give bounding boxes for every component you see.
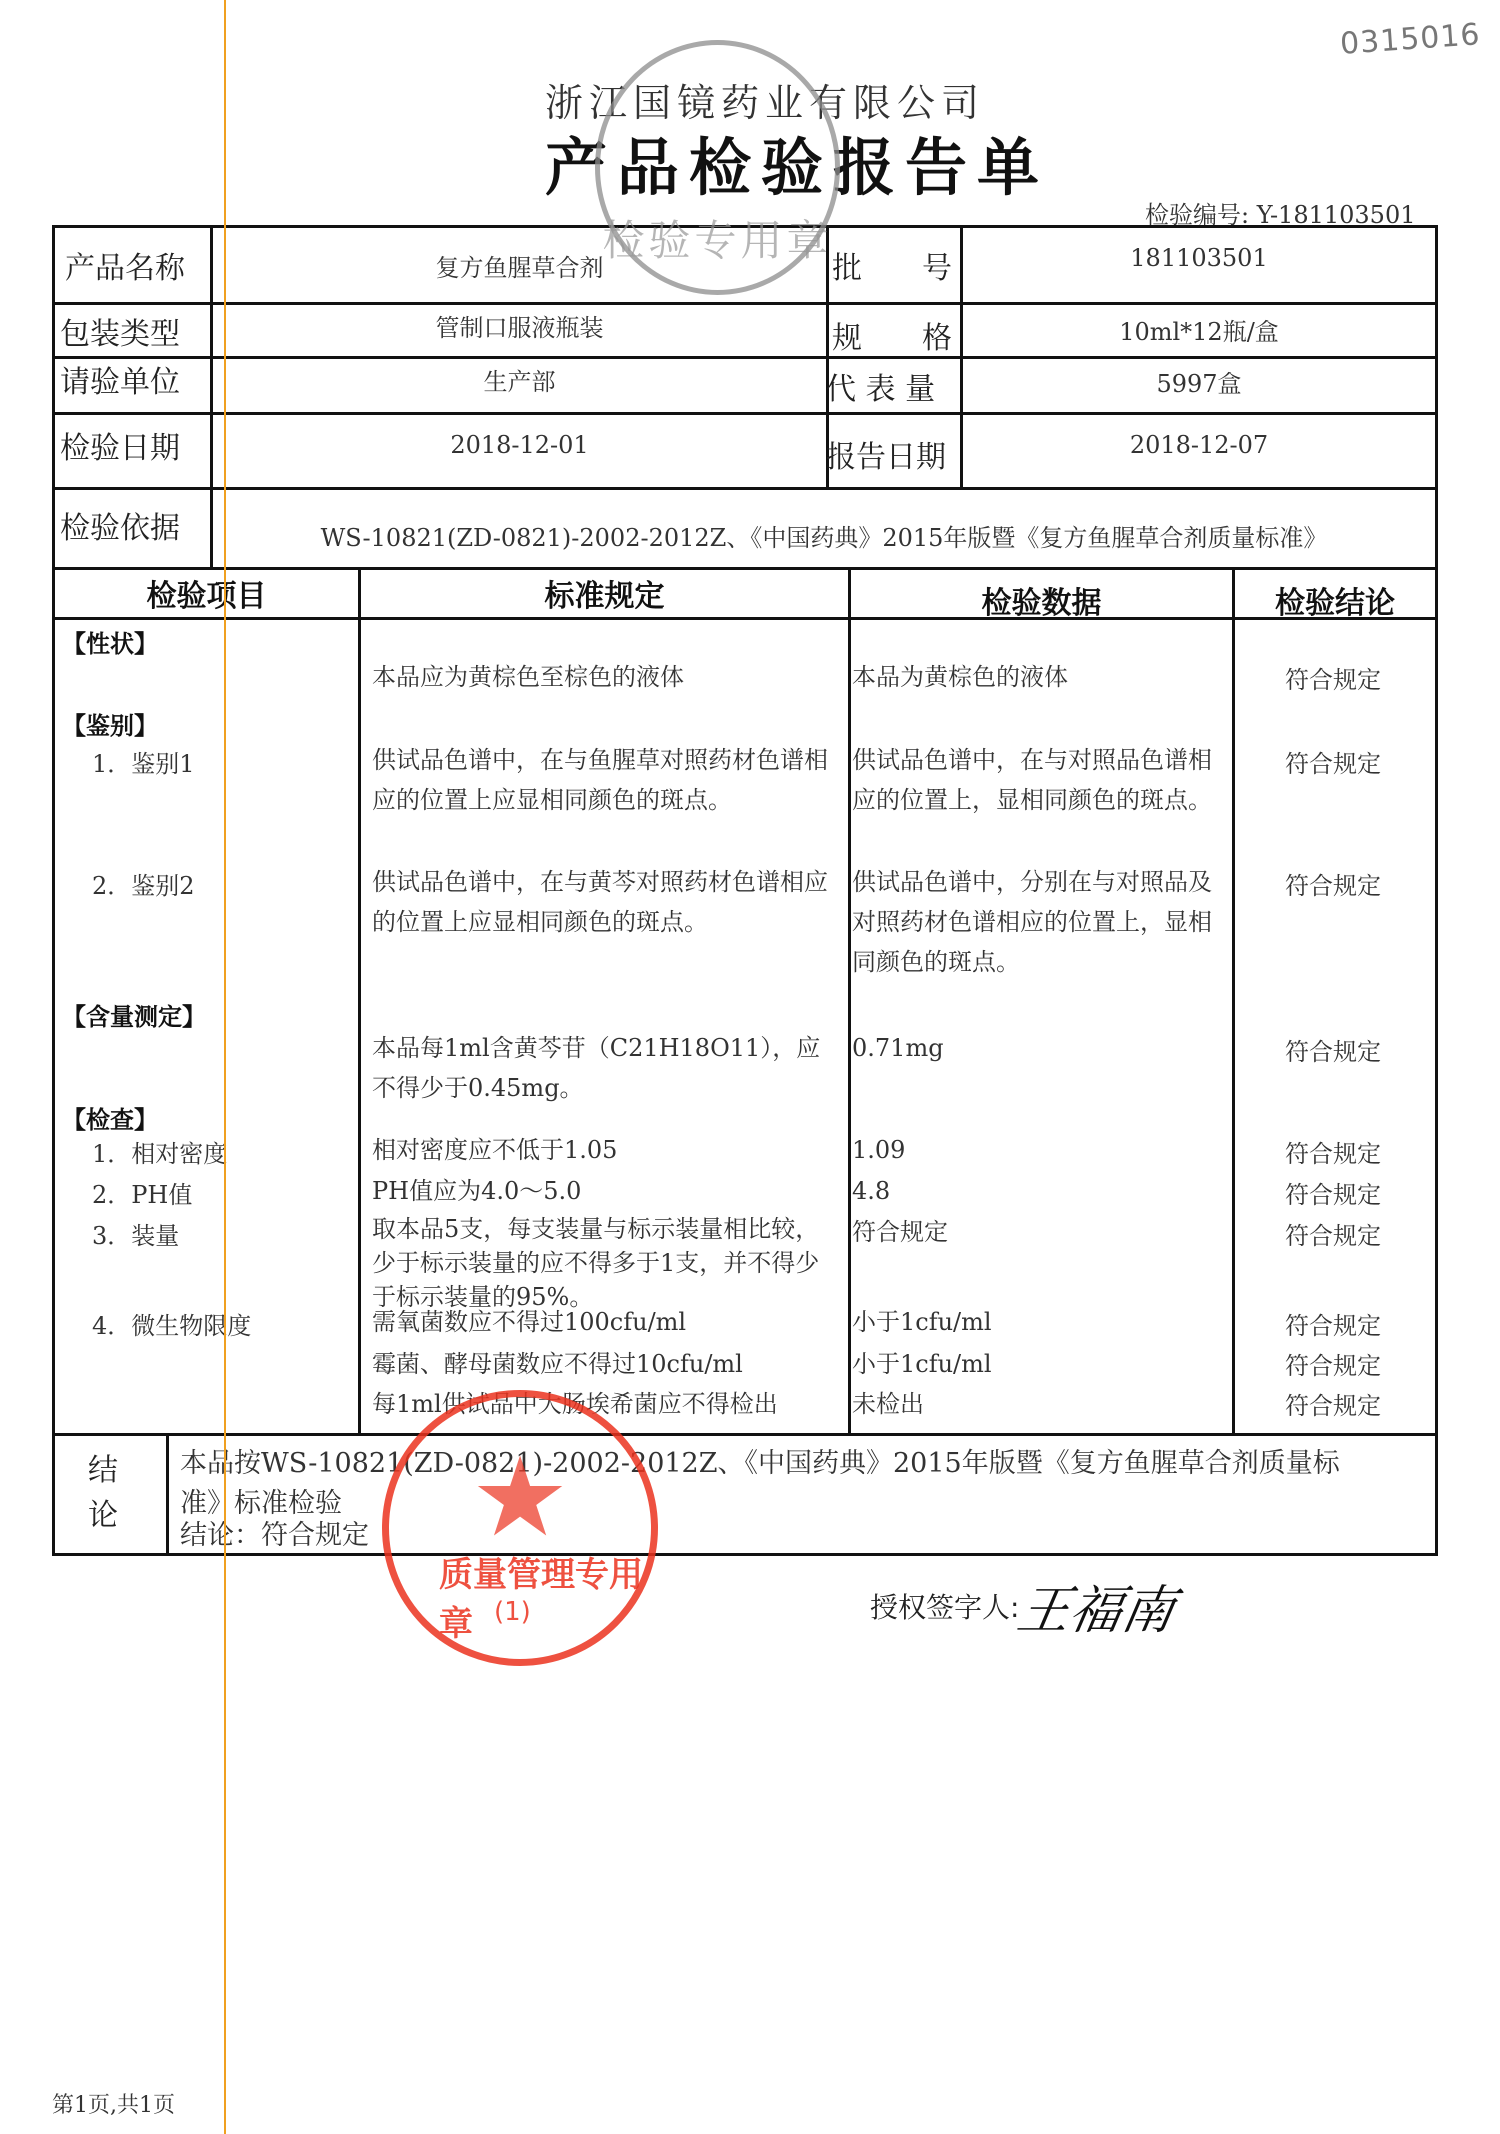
row-data: 本品为黄棕色的液体 [852, 657, 1222, 697]
row-item: 4．微生物限度 [92, 1306, 251, 1341]
quantity-label: 代 表 量 [826, 360, 935, 412]
row-data: 供试品色谱中，分别在与对照品及对照药材色谱相应的位置上，显相同颜色的斑点。 [852, 862, 1217, 982]
conclusion-label-2: 论 [88, 1490, 118, 1534]
row-data: 小于1cfu/ml [852, 1344, 1217, 1384]
row-data: 4.8 [852, 1171, 1217, 1211]
star-icon: ★ [471, 1442, 570, 1552]
row-result: 符合规定 [1233, 1346, 1433, 1381]
row-result: 符合规定 [1233, 866, 1433, 901]
row-result: 符合规定 [1233, 1216, 1433, 1251]
col-header-standard: 标准规定 [361, 568, 848, 618]
row-standard: 相对密度应不低于1.05 [372, 1130, 832, 1170]
basis-value: WS-10821(ZD-0821)-2002-2012Z、《中国药典》2015年… [213, 500, 1435, 570]
row-standard: 本品每1ml含黄芩苷（C21H18O11），应不得少于0.45mg。 [372, 1028, 832, 1108]
inspection-stamp: 检验专用章 [595, 40, 840, 295]
row-standard: 供试品色谱中，在与黄芩对照药材色谱相应的位置上应显相同颜色的斑点。 [372, 862, 832, 942]
scan-orange-line [224, 0, 226, 2134]
package-label: 包装类型 [60, 305, 180, 356]
row-standard: PH值应为4.0～5.0 [372, 1171, 832, 1211]
conclusion-line-1: 本品按WS-10821(ZD-0821)-2002-2012Z、《中国药典》20… [180, 1444, 1340, 1484]
row-standard: 取本品5支，每支装量与标示装量相比较，少于标示装量的应不得多于1支，并不得少于标… [372, 1212, 827, 1314]
row-data: 符合规定 [852, 1212, 1217, 1252]
report-date-value: 2018-12-07 [963, 415, 1435, 475]
col-header-item: 检验项目 [55, 568, 358, 618]
table-border-left [52, 225, 55, 1556]
row-item: 1．相对密度 [92, 1134, 227, 1169]
row-result: 符合规定 [1233, 1306, 1433, 1341]
row-data: 未检出 [852, 1384, 1217, 1424]
section-appearance: 【性状】 [62, 624, 158, 659]
conclusion-line-3: 结论：符合规定 [180, 1516, 369, 1556]
batch-label: 批 号 [832, 228, 952, 302]
signature-name: 王福南 [1013, 1568, 1182, 1643]
col-header-result: 检验结论 [1235, 575, 1435, 625]
inspect-date-label: 检验日期 [60, 415, 180, 475]
row-standard: 本品应为黄棕色至棕色的液体 [372, 657, 832, 697]
col-header-data: 检验数据 [851, 575, 1232, 625]
row-result: 符合规定 [1233, 744, 1433, 779]
row-standard: 霉菌、酵母菌数应不得过10cfu/ml [372, 1344, 842, 1384]
row-result: 符合规定 [1233, 1134, 1433, 1169]
row-result: 符合规定 [1233, 660, 1433, 695]
row-item: 2．PH值 [92, 1175, 192, 1210]
section-assay: 【含量测定】 [62, 997, 206, 1032]
report-date-label: 报告日期 [826, 420, 946, 488]
row-result: 符合规定 [1233, 1386, 1433, 1421]
section-tests: 【检查】 [62, 1100, 158, 1135]
requester-label: 请验单位 [60, 354, 180, 404]
inspect-date-value: 2018-12-01 [213, 415, 826, 475]
batch-value: 181103501 [963, 228, 1435, 288]
package-value: 管制口服液瓶装 [213, 300, 826, 350]
row-item: 1．鉴别1 [92, 744, 195, 779]
col-divider [166, 1433, 169, 1555]
quality-stamp-text: 质量管理专用章 [439, 1547, 651, 1645]
product-name-label: 产品名称 [65, 228, 185, 302]
table-border-right [1435, 225, 1438, 1556]
row-standard: 供试品色谱中，在与鱼腥草对照药材色谱相应的位置上应显相同颜色的斑点。 [372, 740, 832, 820]
quantity-value: 5997盒 [963, 356, 1435, 406]
row-data: 0.71mg [852, 1028, 1217, 1068]
row-divider [52, 487, 1438, 490]
col-divider [1232, 567, 1235, 1433]
handwritten-code: 0315016 [1339, 17, 1482, 62]
row-data: 小于1cfu/ml [852, 1302, 1217, 1342]
signature-label: 授权签字人: [870, 1586, 1019, 1626]
row-divider [52, 1433, 1438, 1436]
row-result: 符合规定 [1233, 1032, 1433, 1067]
spec-label: 规 格 [832, 310, 952, 360]
row-data: 1.09 [852, 1130, 1217, 1170]
inspection-stamp-text: 检验专用章 [602, 208, 832, 268]
col-divider [848, 567, 851, 1433]
page-indicator: 第1页,共1页 [52, 2088, 175, 2119]
requester-value: 生产部 [213, 354, 826, 404]
row-data: 供试品色谱中，在与对照品色谱相应的位置上，显相同颜色的斑点。 [852, 740, 1217, 820]
section-identification: 【鉴别】 [62, 706, 158, 741]
basis-label: 检验依据 [60, 490, 180, 560]
row-result: 符合规定 [1233, 1175, 1433, 1210]
conclusion-label-1: 结 [88, 1445, 118, 1489]
quality-stamp-number: (1) [494, 1597, 531, 1627]
row-standard: 需氧菌数应不得过100cfu/ml [372, 1302, 842, 1342]
quality-stamp: ★ 质量管理专用章 (1) [382, 1390, 658, 1666]
spec-value: 10ml*12瓶/盒 [963, 305, 1435, 353]
row-item: 3．装量 [92, 1216, 179, 1251]
signature-block: 授权签字人: 王福南 [870, 1568, 1175, 1643]
row-item: 2．鉴别2 [92, 866, 195, 901]
col-divider [358, 567, 361, 1433]
